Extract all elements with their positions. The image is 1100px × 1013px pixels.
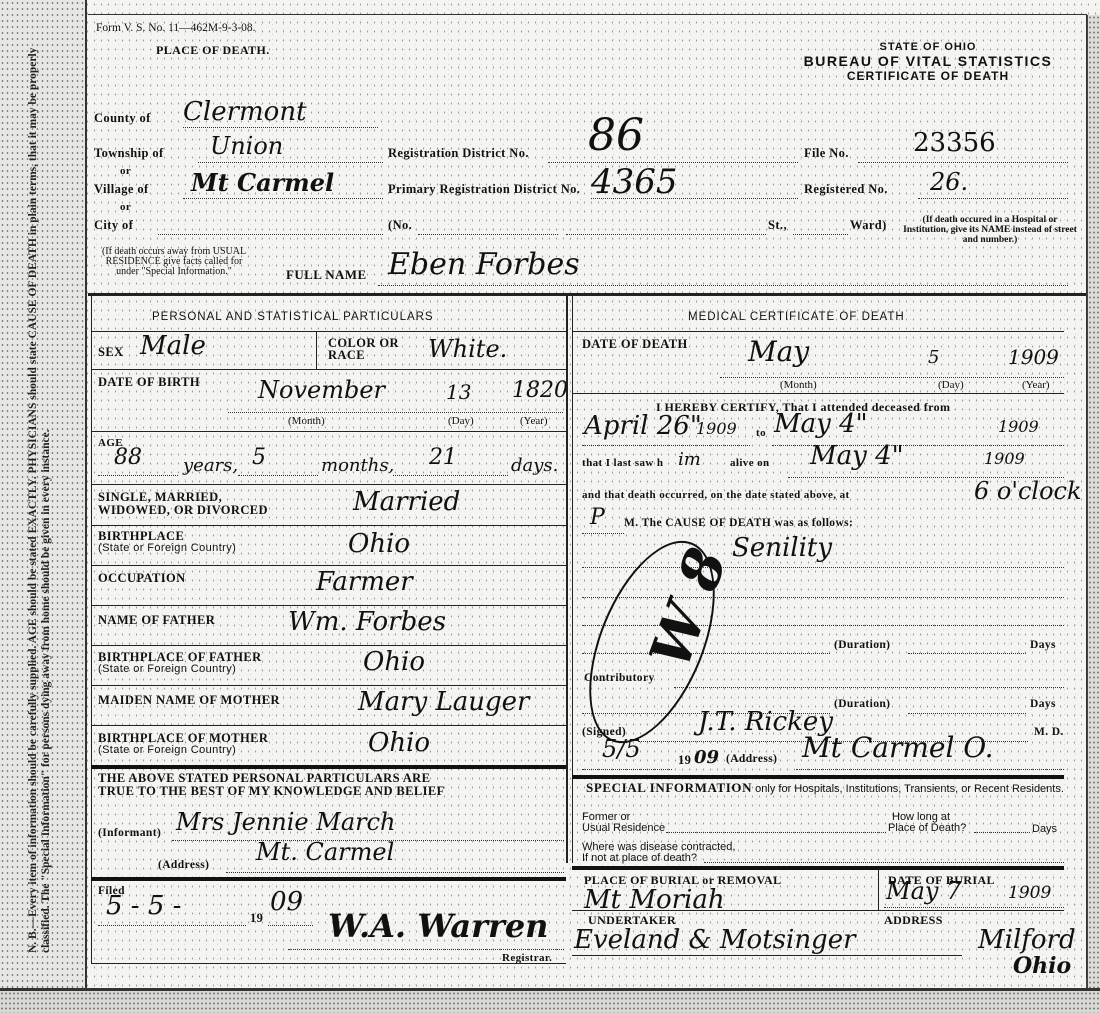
birthplace-label-line-1: BIRTHPLACE [98,530,236,542]
hospital-note: (If death occured in a Hospital or Insti… [900,215,1080,245]
signed-year-prefix: 19 [678,753,691,768]
death-occurred-label: and that death occurred, on the date sta… [582,489,850,501]
duration-label-2: (Duration) [834,698,890,710]
md-label: M. D. [1034,726,1064,738]
occupation-label: OCCUPATION [98,571,186,586]
dod-field[interactable]: May 5 1909 [720,365,1064,378]
burial-divider [878,868,879,910]
last-saw-label: that I last saw h [582,457,663,469]
primary-registration-field[interactable]: 4365 [591,184,798,199]
registered-no-field[interactable]: 26. [918,184,1068,199]
contributory-field[interactable] [674,675,1064,688]
street-label: St., [768,218,787,233]
row-divider [91,484,566,485]
attended-from-year: 1909 [696,419,737,438]
primary-registration-value: 4365 [591,162,678,202]
filed-year-field[interactable]: 09 [268,913,313,926]
undertaker-address-value[interactable]: Milford [978,925,1076,955]
dod-label: DATE OF DEATH [582,337,688,352]
street-no-label: (No. [388,218,412,233]
registered-no-value: 26. [930,168,968,196]
header-divider [88,293,1086,296]
father-birthplace-label: BIRTHPLACE OF FATHER (State or Foreign C… [98,651,262,675]
informant-value: Mrs Jennie March [176,808,396,836]
birthplace-sub: (State or Foreign Country) [98,542,236,554]
dob-day-caption: (Day) [448,415,474,427]
cause-label: M. The CAUSE OF DEATH was as follows: [624,517,853,529]
header-block: STATE OF OHIO BUREAU OF VITAL STATISTICS… [768,41,1088,83]
how-long-label: How long at Place of Death? [888,812,966,834]
last-saw-pronoun[interactable]: im [678,449,701,470]
father-birthplace-label-line-1: BIRTHPLACE OF FATHER [98,651,262,663]
file-no-value: 23356 [913,128,996,158]
section-divider [91,877,566,881]
how-long-label-2: Place of Death? [888,823,966,834]
medical-section-title: MEDICAL CERTIFICATE OF DEATH [688,311,905,323]
filed-year-value: 09 [270,887,303,917]
signed-address-label: (Address) [726,753,777,765]
filed-year-prefix: 19 [250,911,263,926]
how-long-field[interactable] [974,822,1030,833]
county-label: County of [94,111,151,126]
age-days-field[interactable]: 21 [393,463,508,476]
age-days-value: 21 [429,445,457,470]
row-divider [572,910,1064,911]
row-divider [572,393,1064,394]
contracted-field[interactable] [704,852,1064,863]
dob-label: DATE OF BIRTH [98,375,200,390]
signed-address-value: Mt Carmel O. [802,731,994,764]
death-certificate-form: Form V. S. No. 11—462M-9-3-08. PLACE OF … [88,14,1087,978]
burial-date-field[interactable]: May 7 1909 [884,897,1064,908]
father-birthplace-sub: (State or Foreign Country) [98,663,262,675]
registered-no-label: Registered No. [804,182,888,197]
file-no-field[interactable]: 23356 [858,148,1068,163]
mother-label: MAIDEN NAME OF MOTHER [98,693,280,708]
bureau-heading: BUREAU OF VITAL STATISTICS [768,53,1088,69]
mother-birthplace-value[interactable]: Ohio [368,728,430,758]
row-divider [572,331,1064,332]
row-divider [91,645,566,646]
dob-year: 1820 [512,378,568,403]
section-divider [572,775,1064,779]
mother-birthplace-sub: (State or Foreign Country) [98,744,268,756]
age-years-value: 88 [114,445,142,470]
row-divider [572,955,962,956]
filed-date-value: 5 - 5 - [106,891,181,921]
special-info-title: SPECIAL INFORMATION [586,780,752,795]
sex-value[interactable]: Male [140,331,206,361]
registration-district-label: Registration District No. [388,146,529,161]
father-label: NAME OF FATHER [98,613,215,628]
file-no-label: File No. [804,146,849,161]
attestation-line-2: TRUE TO THE BEST OF MY KNOWLEDGE AND BEL… [98,785,445,798]
color-label: COLOR OR RACE [328,337,399,361]
section-divider [91,765,566,769]
row-divider [91,431,566,432]
burial-date-value: May 7 [886,877,961,905]
death-time-value[interactable]: 6 o'clock [974,477,1082,505]
undertaker-address-label: ADDRESS [884,913,943,928]
village-field[interactable]: Mt Carmel [183,184,383,199]
township-value: Union [210,132,283,160]
age-months-field[interactable]: 5 [238,463,318,476]
sex-label: SEX [98,345,124,360]
dod-year: 1909 [1008,345,1059,369]
registration-district-value: 86 [588,110,644,161]
color-label-line-2: RACE [328,349,399,361]
father-value[interactable]: Wm. Forbes [288,607,446,637]
personal-section-title: PERSONAL AND STATISTICAL PARTICULARS [152,311,434,323]
row-divider [91,725,566,726]
attended-to-year: 1909 [998,417,1039,436]
registrar-signature-field[interactable]: W.A. Warren [288,937,564,950]
informant-address-label: (Address) [158,859,209,871]
age-months-label: months, [321,455,394,476]
how-long-days-label: Days [1032,823,1057,835]
or-label-1: or [120,165,131,177]
alive-on-label: alive on [730,457,770,469]
signed-address-field[interactable]: Mt Carmel O. [796,757,1064,770]
marital-label-line-2: WIDOWED, OR DIVORCED [98,504,268,517]
village-value: Mt Carmel [191,168,334,197]
age-years-label: years, [183,455,238,476]
signed-date-field[interactable]: 5/5 [582,757,672,770]
attestation-text: THE ABOVE STATED PERSONAL PARTICULARS AR… [98,772,445,798]
dob-month: November [258,376,385,404]
dob-month-caption: (Month) [288,415,325,427]
marital-label: SINGLE, MARRIED, WIDOWED, OR DIVORCED [98,491,268,517]
dod-day-caption: (Day) [938,379,964,391]
row-divider [91,605,566,606]
state-heading: STATE OF OHIO [768,41,1088,53]
former-residence-field[interactable] [666,822,886,833]
street-name-field[interactable] [566,220,766,235]
sex-color-divider [316,331,317,369]
age-months-value: 5 [252,445,266,470]
last-saw-year: 1909 [984,449,1025,468]
dod-year-caption: (Year) [1022,379,1050,391]
marital-value[interactable]: Married [353,487,460,517]
dod-month: May [748,335,809,368]
father-birthplace-value[interactable]: Ohio [363,647,425,677]
dod-day: 5 [928,347,939,368]
dob-day: 13 [446,380,471,404]
duration-label-1: (Duration) [834,639,890,651]
undertaker-address-value-2[interactable]: Ohio [1013,953,1071,979]
age-years-field[interactable]: 88 [98,463,178,476]
registration-district-field[interactable]: 86 [548,148,798,163]
mother-birthplace-label: BIRTHPLACE OF MOTHER (State or Foreign C… [98,732,268,756]
left-margin-strip: N. B.—Every item of information should b… [0,0,87,1013]
cause-value: Senility [732,533,832,563]
certificate-heading: CERTIFICATE OF DEATH [768,69,1088,83]
dob-year-caption: (Year) [520,415,548,427]
special-info-header: SPECIAL INFORMATION only for Hospitals, … [586,782,1064,795]
township-label: Township of [94,146,164,161]
dod-month-caption: (Month) [780,379,817,391]
special-info-description: only for Hospitals, Institutions, Transi… [755,783,1064,795]
township-field[interactable]: Union [198,148,383,163]
city-label: City of [94,218,133,233]
color-value[interactable]: White. [428,335,507,363]
duration-field-1[interactable] [908,641,1026,654]
right-edge-strip [1086,15,1100,995]
mother-birthplace-label-line-1: BIRTHPLACE OF MOTHER [98,732,268,744]
county-value: Clermont [183,97,307,127]
informant-address-value: Mt. Carmel [256,838,394,866]
occupation-value[interactable]: Farmer [316,567,413,597]
section-divider [572,866,1064,870]
village-label: Village of [94,182,149,197]
bottom-edge-strip [0,988,1100,1013]
filed-date-field[interactable]: 5 - 5 - [98,913,246,926]
primary-registration-label: Primary Registration District No. [388,182,580,197]
burial-date-year: 1909 [1008,883,1051,903]
county-field[interactable]: Clermont [183,113,378,128]
days-label-2: Days [1030,698,1056,710]
informant-label: (Informant) [98,827,161,839]
left-column-border [91,295,92,963]
age-days-label: days. [511,455,558,476]
former-residence-label-2: Usual Residence [582,823,665,834]
days-label-1: Days [1030,639,1056,651]
dob-field[interactable]: November 13 1820 [228,400,563,413]
row-divider [91,525,566,526]
or-label-2: or [120,201,131,213]
attended-from-value: April 26" [584,411,702,441]
attended-to-value: May 4" [774,409,868,439]
duration-field-2[interactable] [908,701,1026,714]
ward-field[interactable] [793,220,848,235]
ward-label: Ward) [850,218,887,233]
form-number: Form V. S. No. 11—462M-9-3-08. [96,23,256,33]
full-name-value: Eben Forbes [388,247,580,282]
registrar-signature: W.A. Warren [328,907,548,945]
meridiem-field[interactable]: P [582,523,624,534]
full-name-field[interactable]: Eben Forbes [378,271,1068,286]
mother-value[interactable]: Mary Lauger [358,687,529,717]
city-field[interactable] [158,220,383,235]
former-residence-label: Former or Usual Residence [582,812,665,834]
to-label: to [756,427,766,439]
place-of-death-title: PLACE OF DEATH. [156,43,270,58]
row-divider [91,565,566,566]
bottom-divider [91,963,566,964]
informant-address-field[interactable]: Mt. Carmel [226,860,564,873]
meridiem-value: P [590,505,605,530]
birthplace-label: BIRTHPLACE (State or Foreign Country) [98,530,236,554]
street-no-field[interactable] [418,220,558,235]
birthplace-value[interactable]: Ohio [348,529,410,559]
row-divider [91,369,566,370]
signed-year-value[interactable]: 09 [694,747,719,768]
row-divider [91,685,566,686]
undertaker-value[interactable]: Eveland & Motsinger [574,925,856,955]
last-saw-date-value: May 4" [810,441,904,471]
away-note: (If death occurs away from USUAL RESIDEN… [94,247,254,277]
full-name-label: FULL NAME [286,267,367,283]
margin-instruction-note: N. B.—Every item of information should b… [27,13,53,953]
